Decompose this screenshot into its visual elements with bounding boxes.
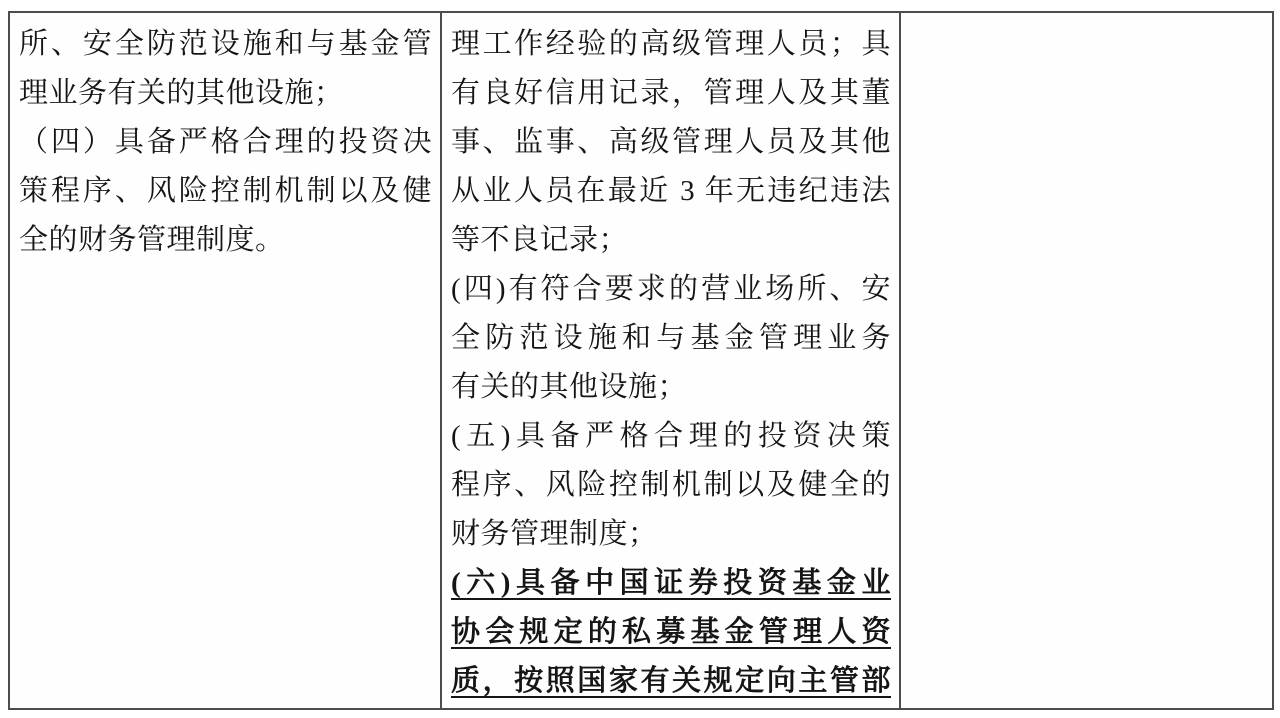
text-line: 理工作经验的高级管理人员；具 xyxy=(451,20,891,69)
text-line-amendment: (六)具备中国证券投资基金业 xyxy=(451,559,891,608)
text-line-amendment: 协会规定的私募基金管理人资 xyxy=(451,608,891,657)
text-line: 有良好信用记录，管理人及其董 xyxy=(451,69,891,118)
text-line: 事、监事、高级管理人员及其他 xyxy=(451,118,891,167)
text-line: 从业人员在最近 3 年无违纪违法 xyxy=(451,167,891,216)
text-line: (四)有符合要求的营业场所、安 xyxy=(451,265,891,314)
text-line: 财务管理制度； xyxy=(451,510,891,559)
table-cell-middle: 理工作经验的高级管理人员；具 有良好信用记录，管理人及其董 事、监事、高级管理人… xyxy=(442,13,901,708)
text-line: （四）具备严格合理的投资决 xyxy=(19,118,432,167)
text-line: (五)具备严格合理的投资决策 xyxy=(451,412,891,461)
text-line: 全防范设施和与基金管理业务 xyxy=(451,314,891,363)
text-line: 策程序、风险控制机制以及健 xyxy=(19,167,432,216)
table-cell-left: 所、安全防范设施和与基金管 理业务有关的其他设施； （四）具备严格合理的投资决 … xyxy=(10,13,442,708)
text-line: 所、安全防范设施和与基金管 xyxy=(19,20,432,69)
text-line-amendment: 质，按照国家有关规定向主管部 xyxy=(451,657,891,706)
text-line: 理业务有关的其他设施； xyxy=(19,69,432,118)
text-line: 全的财务管理制度。 xyxy=(19,216,432,265)
text-line: 程序、风险控制机制以及健全的 xyxy=(451,461,891,510)
text-line: 有关的其他设施； xyxy=(451,363,891,412)
document-page: 所、安全防范设施和与基金管 理业务有关的其他设施； （四）具备严格合理的投资决 … xyxy=(0,0,1280,718)
text-line: 等不良记录； xyxy=(451,216,891,265)
table-cell-right xyxy=(901,13,1272,708)
comparison-table: 所、安全防范设施和与基金管 理业务有关的其他设施； （四）具备严格合理的投资决 … xyxy=(8,11,1274,710)
